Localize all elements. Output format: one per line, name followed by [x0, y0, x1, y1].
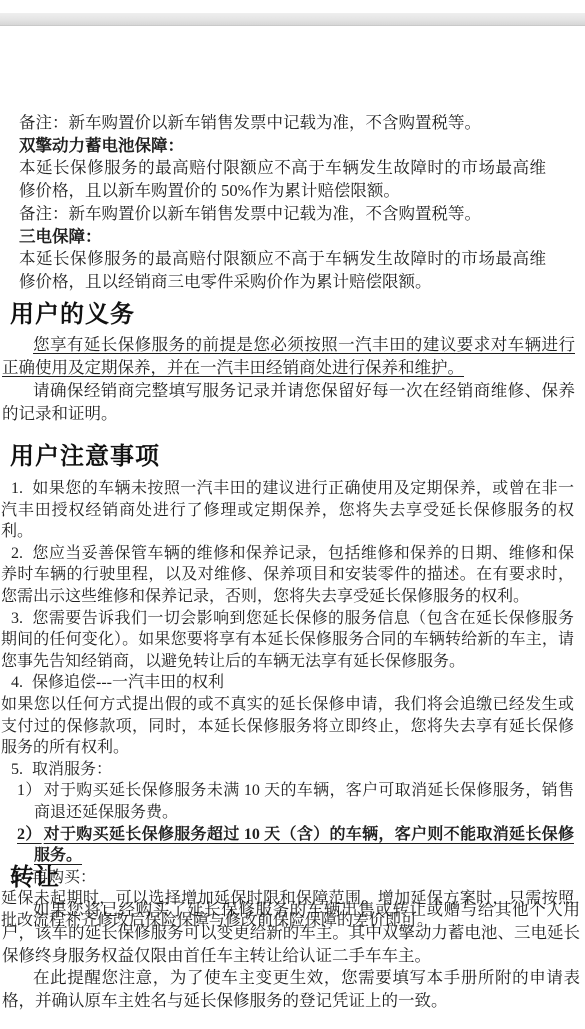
notice-marker: 2.: [11, 545, 32, 562]
notice-marker: 1.: [11, 480, 32, 497]
notice-item-2: 2.您应当妥善保管车辆的维修和保养记录，包括维修和保养的日期、维修和保养时车辆的…: [1, 543, 574, 608]
obligations-para: 请确保经销商完整填写服务记录并请您保留好每一次在经销商维修、保养的记录和证明。: [2, 379, 575, 425]
notice-text: 如果您的车辆未按照一汽丰田的建议进行正确使用及定期保养，或曾在非一汽丰田授权经销…: [1, 480, 574, 540]
section-heading-transfer: 转让: [10, 864, 60, 892]
hybrid-battery-title: 双擎动力蓄电池保障：: [19, 135, 546, 158]
section-heading-user-notices: 用户注意事项: [10, 443, 160, 471]
notice-item-6-title: 6.再购买：: [1, 867, 574, 889]
notice-item-3: 3.您需要告诉我们一切会影响到您延长保修的服务信息（包含在延长保修服务期间的任何…: [1, 608, 574, 673]
hybrid-battery-body: 本延长保修服务的最高赔付限额应不高于车辆发生故障时的市场最高维修价格，且以新车购…: [19, 157, 546, 202]
page-divider-bar: [0, 13, 585, 26]
three-electric-title: 三电保障：: [19, 226, 546, 249]
notice-marker: 5.: [11, 761, 32, 778]
notice-title: 取消服务：: [32, 761, 112, 778]
notice-text: 您需要告诉我们一切会影响到您延长保修的服务信息（包含在延长保修服务期间的任何变化…: [1, 610, 574, 670]
note-line: 备注：新车购置价以新车销售发票中记载为准，不含购置税等。: [19, 112, 546, 135]
notice-marker: 4.: [11, 674, 32, 691]
subnotice-text: 对于购买延长保修服务超过 10 天（含）的车辆，客户则不能取消延长保修服务。: [34, 826, 574, 865]
subnotice-marker: 2）: [17, 826, 44, 843]
transfer-para: 如果您将已经购买了延长保修服务的车辆出售或转让或赠与给其他个人用户，该车的延长保…: [2, 899, 580, 967]
notice-item-5-sub-2-emphasized: 2）对于购买延长保修服务超过 10 天（含）的车辆，客户则不能取消延长保修服务。: [1, 824, 574, 867]
notice-item-5-sub-1: 1）对于购买延长保修服务未满 10 天的车辆，客户可取消延长保修服务，销售商退还…: [1, 780, 574, 823]
notice-text: 您应当妥善保管车辆的维修和保养记录，包括维修和保养的日期、维修和保养时车辆的行驶…: [1, 545, 574, 605]
user-obligations-block: 您享有延长保修服务的前提是您必须按照一汽丰田的建议要求对车辆进行正确使用及定期保…: [2, 333, 575, 425]
notice-item-1: 1.如果您的车辆未按照一汽丰田的建议进行正确使用及定期保养，或曾在非一汽丰田授权…: [1, 478, 574, 543]
notice-item-5-title: 5.取消服务：: [1, 759, 574, 781]
notice-item-4-body: 如果您以任何方式提出假的或不真实的延长保修申请，我们将会追缴已经发生或支付过的保…: [1, 694, 574, 759]
warranty-limits-block: 备注：新车购置价以新车销售发票中记载为准，不含购置税等。 双擎动力蓄电池保障： …: [19, 112, 546, 294]
section-heading-user-obligations: 用户的义务: [10, 301, 135, 329]
notice-item-4-title: 4.保修追偿---一汽丰田的权利: [1, 672, 574, 694]
document-page: { "colors": { "page_background": "#fffff…: [0, 0, 585, 1029]
obligations-para-underlined: 您享有延长保修服务的前提是您必须按照一汽丰田的建议要求对车辆进行正确使用及定期保…: [2, 333, 575, 379]
transfer-para: 在此提醒您注意，为了使车主变更生效，您需要填写本手册所附的申请表格，并确认原车主…: [2, 967, 580, 1013]
transfer-block: 如果您将已经购买了延长保修服务的车辆出售或转让或赠与给其他个人用户，该车的延长保…: [2, 899, 580, 1013]
subnotice-marker: 1）: [17, 782, 44, 799]
notice-title: 保修追偿---一汽丰田的权利: [32, 674, 224, 691]
three-electric-body: 本延长保修服务的最高赔付限额应不高于车辆发生故障时的市场最高维修价格，且以经销商…: [19, 248, 546, 293]
notice-marker: 3.: [11, 610, 32, 627]
subnotice-text: 对于购买延长保修服务未满 10 天的车辆，客户可取消延长保修服务，销售商退还延保…: [34, 782, 574, 821]
user-notices-list: 1.如果您的车辆未按照一汽丰田的建议进行正确使用及定期保养，或曾在非一汽丰田授权…: [1, 478, 574, 931]
note-line: 备注：新车购置价以新车销售发票中记载为准，不含购置税等。: [19, 203, 546, 226]
